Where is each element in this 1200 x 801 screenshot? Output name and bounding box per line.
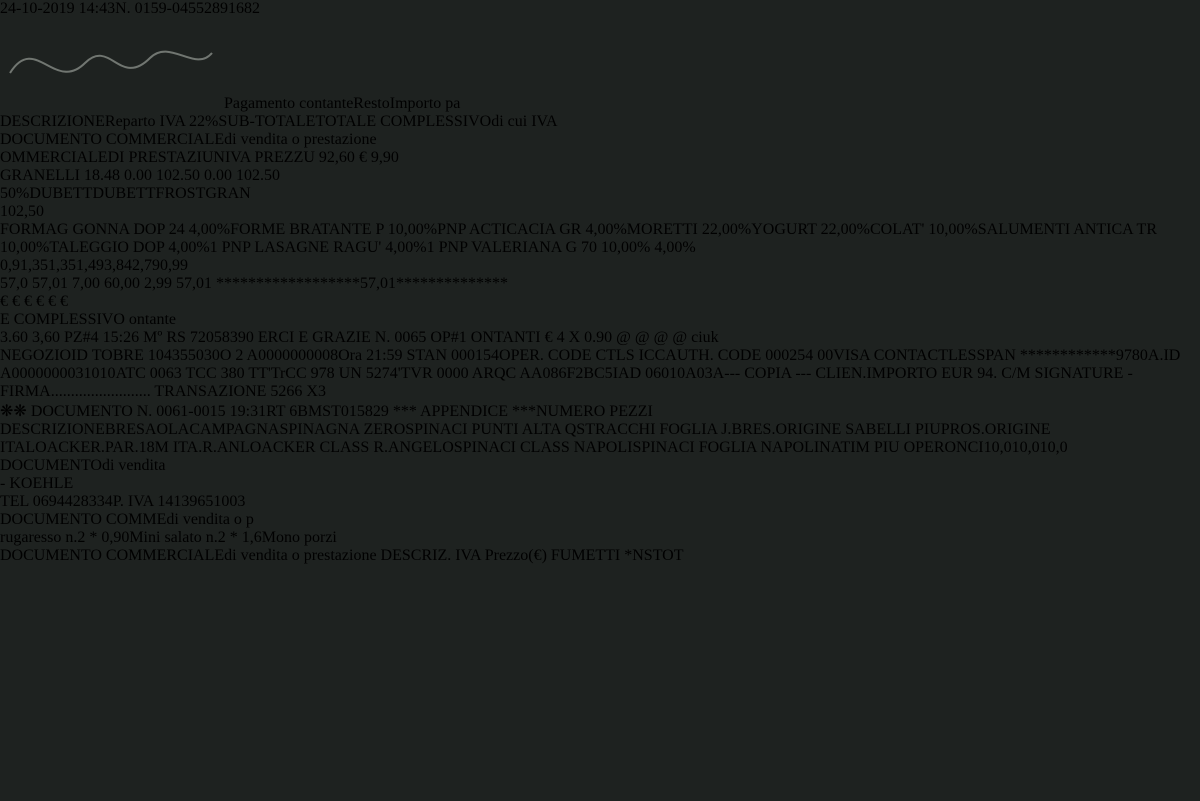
receipt-line: DESCRIZIONE <box>0 421 105 438</box>
receipt-tel-strip: TEL 0694428334P. IVA 14139651003 <box>0 493 1200 511</box>
contanti-text: ONTANTI <box>471 329 541 346</box>
amount-360-text: 3.60 <box>0 329 28 346</box>
receipt-line: 57,01 <box>28 275 68 292</box>
receipt-line: GRANELLI <box>0 167 80 184</box>
receipt-line: LOACKER.PAR.18M ITA.R.AN <box>25 439 240 456</box>
receipt-torn-items: 50%DUBETTDUBETTFROSTGRAN <box>0 185 1200 203</box>
receipt-line: DOCUMENTO <box>0 457 102 474</box>
receipt-faint-right: 24-10-2019 14:43N. 0159-04552891682 <box>0 0 1200 18</box>
at-swirl-watermark-icon: @ <box>654 329 669 346</box>
receipt-line: SPINACI CLASS NAPOLI <box>454 439 633 456</box>
receipt-line: DI PRESTAZIUN <box>108 149 225 166</box>
receipt-right-header: DOCUMENTO COMMEdi vendita o p <box>0 511 1200 529</box>
receipt-line: *** APPENDICE *** <box>393 403 536 420</box>
receipt-line: NATIM PIU O <box>819 439 915 456</box>
receipt-line: DESCRIZIONE <box>0 113 105 130</box>
quantity-price-text: 4 X 0.90 <box>557 329 613 346</box>
receipt-line: n.2 * 0,90 <box>61 529 129 546</box>
florette-watermark-icon: ❋❋ <box>0 403 27 420</box>
receipt-line: TRANSAZIONE 5266 X3 <box>154 383 326 400</box>
receipt-line: LOACKER CLASS R.ANGELO <box>240 439 454 456</box>
receipt-line: 57,01 <box>360 275 396 292</box>
receipt-pagamento: Pagamento contanteRestoImporto pa <box>0 18 1200 113</box>
receipt-line: IAD 06010A03A <box>613 365 725 382</box>
receipt-line: BRESAOLA <box>105 421 189 438</box>
receipt-line: Importo pa <box>390 95 461 112</box>
receipt-line: 4,00% <box>650 239 695 256</box>
receipt-line: OPER. CODE CTLS ICC <box>499 347 665 364</box>
receipt-line: Reparto IVA 22% <box>105 113 218 130</box>
totale-complessivo-text: E COMPLESSIVO <box>0 311 125 328</box>
receipt-line: IMPORTO EUR 94. <box>866 365 997 382</box>
receipt-line: SPINACI PUNTI ALTA Q <box>405 421 576 438</box>
receipt-scrap-9260: OMMERCIALEDI PRESTAZIUNIVA PREZZU 92,60 … <box>0 149 1200 167</box>
receipt-line: SPINACI FOGLIA NAPOLI <box>632 439 819 456</box>
euro-symbol: € <box>545 329 553 346</box>
receipt-line: PERONCI <box>915 439 983 456</box>
receipt-line: 2,79 <box>132 257 160 274</box>
pieces-count-text: PZ#4 <box>64 329 99 346</box>
receipt-line: N. 0159-0455 <box>115 0 204 17</box>
receipt-line: CAMPAGNA <box>189 421 279 438</box>
receipt-line: ATC 0063 TCC 380 TT' <box>116 365 271 382</box>
receipt-line: DUBETT <box>29 185 92 202</box>
handwritten-total: 102,50 <box>0 203 44 220</box>
receipt-line: DOCUMENTO N. 0061-0015 19:31 <box>31 403 266 420</box>
receipt-line: YOGURT 22,00% <box>751 221 870 238</box>
receipt-line: 10,0 <box>1040 439 1068 456</box>
receipt-line: 18.48 <box>84 167 120 184</box>
receipt-line: ruga <box>0 529 28 546</box>
receipt-line: TEL 0694428334 <box>0 493 113 510</box>
receipt-corner-documento: DOCUMENTOdi vendita <box>0 457 1200 475</box>
receipt-line: FROST <box>156 185 206 202</box>
receipt-line: TVR 0000 ARQC AA086F2BC5 <box>401 365 613 382</box>
receipt-line: ****************** <box>216 275 360 292</box>
receipt-line: 102.50 <box>232 167 280 184</box>
receipt-line: 24-10-2019 14:43 <box>0 0 115 17</box>
receipt-line: TALEGGIO DOP 4,00% <box>49 239 209 256</box>
receipt-line: P. IVA 14139651003 <box>113 493 246 510</box>
receipt-grocery-items: FORMAG GONNA DOP 24 4,00%FORME BRATANTE … <box>0 221 1200 257</box>
receipt-line: 0.00 <box>200 167 232 184</box>
receipt-line: 50% <box>0 185 29 202</box>
receipt-line: Mini salato <box>129 529 201 546</box>
receipt-line: Ora 21:59 STAN 000154 <box>338 347 499 364</box>
receipt-line: 10,0 <box>984 439 1012 456</box>
receipt-line: 0.00 <box>120 167 152 184</box>
receipt-line: di vendita o prestazione <box>224 131 376 148</box>
receipt-line: 4355030O 2 A0000000008 <box>164 347 338 364</box>
receipt-line: 102.50 <box>152 167 200 184</box>
receipt-line: 0,99 <box>160 257 188 274</box>
receipt-line: 1 PNP LASAGNE RAGU' 4,00% <box>210 239 427 256</box>
receipt-line: 7,00 <box>68 275 100 292</box>
receipt-line: IVA PREZZU <box>225 149 315 166</box>
at-swirl-watermark-icon: @ <box>635 329 650 346</box>
at-swirl-watermark-icon: @ <box>672 329 687 346</box>
receipt-line: DOCUMENTO COMMERCIALE <box>0 131 224 148</box>
receipt-line: Mono porzi <box>262 529 337 546</box>
receipt-line: DOCUMENTO COMME <box>0 511 166 528</box>
receipt-line: PNP ACTICACIA GR 4,00% <box>437 221 627 238</box>
receipt-line: BRES.ORIGINE SABELLI PIU <box>731 421 940 438</box>
receipt-line: FUMETTI *NS <box>551 547 653 564</box>
receipt-line: 1 PNP VALERIANA G 70 10,00% <box>427 239 651 256</box>
receipt-right-items: rugaresso n.2 * 0,90Mini salato n.2 * 1,… <box>0 529 1200 547</box>
receipt-line: ......................... <box>51 383 151 400</box>
receipt-line: 1,35 <box>20 257 48 274</box>
receipt-line: DESCRIZ. IVA Prezzo(€) <box>381 547 547 564</box>
receipt-line: di vendita o p <box>166 511 254 528</box>
receipt-line: 10,0 <box>1012 439 1040 456</box>
receipt-line: VISA CONTACTLESS <box>833 347 985 364</box>
receipt-line: FORMAG GONNA DOP 24 4,00% <box>0 221 230 238</box>
receipt-line: 92,60 € <box>315 149 367 166</box>
receipt-documento-top: DOCUMENTO COMMERCIALEdi vendita o presta… <box>0 131 1200 149</box>
receipt-line: di cui IVA <box>491 113 557 130</box>
receipt-line: 1,35 <box>48 257 76 274</box>
receipt-grocery-totals: 57,0 57,01 7,00 60,00 2,99 57,01 *******… <box>0 275 1200 293</box>
receipt-line: Resto <box>353 95 389 112</box>
receipt-line: SUB-TOTALE <box>218 113 315 130</box>
receipt-line: TrCC 978 UN 5274' <box>271 365 401 382</box>
signature-scribble <box>0 18 220 108</box>
receipt-line: 57,0 <box>0 275 28 292</box>
receipt-line: FORME BRATANTE P 10,00% <box>230 221 437 238</box>
receipt-totale-complessivo-strip: E COMPLESSIVO ontante <box>0 311 1200 329</box>
receipt-line: ID TOBRE 10 <box>71 347 164 364</box>
receipt-number-text: N. 0065 <box>375 329 427 346</box>
receipt-line: TOTALE COMPLESSIVO <box>315 113 491 130</box>
register-serial-text: Mº RS 72058390 <box>143 329 254 346</box>
receipt-summary-upside-down: DESCRIZIONEReparto IVA 22%SUB-TOTALETOTA… <box>0 113 1200 131</box>
receipt-line: 1,49 <box>76 257 104 274</box>
time-text: 15:26 <box>103 329 139 346</box>
receipt-granelli-totals: GRANELLI 18.48 0.00 102.50 0.00 102.50 <box>0 167 1200 185</box>
receipt-line: NEGOZIO <box>0 347 71 364</box>
receipt-line: Pagamento contante <box>224 95 353 112</box>
at-swirl-watermark-icon: @ <box>616 329 631 346</box>
receipt-grocery-prices: 0,91,351,351,493,842,790,99 <box>0 257 1200 275</box>
receipt-line: di vendita <box>102 457 166 474</box>
receipt-line: STRACCHI FOGLIA J. <box>576 421 731 438</box>
receipt-line: SPINAGNA ZERO <box>279 421 405 438</box>
arrivederci-grazie-text: ERCI E GRAZIE <box>258 329 371 346</box>
receipt-line: GRAN <box>205 185 250 202</box>
receipt-line: NUMERO PEZZI <box>536 403 653 420</box>
receipt-line: PAN ************9780 <box>985 347 1148 364</box>
amount-360-alt-text: 3,60 <box>32 329 60 346</box>
receipt-appendice: ❋❋ DOCUMENTO N. 0061-0015 19:31RT 6BMST0… <box>0 401 1200 421</box>
receipt-descrizione-items: DESCRIZIONEBRESAOLACAMPAGNASPINAGNA ZERO… <box>0 421 1200 457</box>
receipt-line: 9,90 <box>367 149 399 166</box>
green-edge-print-text: - KOEHLE <box>0 475 73 492</box>
receipt-line: OMMERCIALE <box>0 149 108 166</box>
receipt-line: ************** <box>396 275 508 292</box>
receipt-line: DUBETT <box>92 185 155 202</box>
receipt-line: n.2 * 1,6 <box>202 529 262 546</box>
receipt-line: COLAT' 10,00% <box>870 221 978 238</box>
receipt-line: 60,00 <box>100 275 140 292</box>
receipt-line: DOCUMENTO COMMERCIALE <box>0 547 224 564</box>
receipt-line: 0,9 <box>0 257 20 274</box>
receipt-line: MORETTI 22,00% <box>627 221 751 238</box>
euro-symbol-column: € € € € € € <box>0 293 68 310</box>
receipt-line: AUTH. CODE 000254 00 <box>665 347 833 364</box>
receipt-line: 2,99 <box>144 275 172 292</box>
receipt-line: 57,01 <box>176 275 212 292</box>
receipts-photo: 24-10-2019 14:43N. 0159-04552891682 Paga… <box>0 0 1200 801</box>
receipt-line: 3,84 <box>104 257 132 274</box>
receipt-line: TOT <box>653 547 684 564</box>
receipt-line: resso <box>28 529 61 546</box>
contante-text: ontante <box>129 311 176 328</box>
receipt-line: 2891682 <box>204 0 260 17</box>
ciuk-watermark-text: ciuk <box>691 329 719 346</box>
receipt-documento-commerciale: DOCUMENTO COMMERCIALEdi vendita o presta… <box>0 547 1200 565</box>
receipt-card-payment: NEGOZIOID TOBRE 104355030O 2 A0000000008… <box>0 347 1200 401</box>
receipt-line: --- COPIA --- CLIEN. <box>724 365 866 382</box>
receipt-line: RT 6BMST015829 <box>266 403 389 420</box>
operator-text: OP#1 <box>430 329 466 346</box>
receipt-line: di vendita o prestazione <box>224 547 376 564</box>
